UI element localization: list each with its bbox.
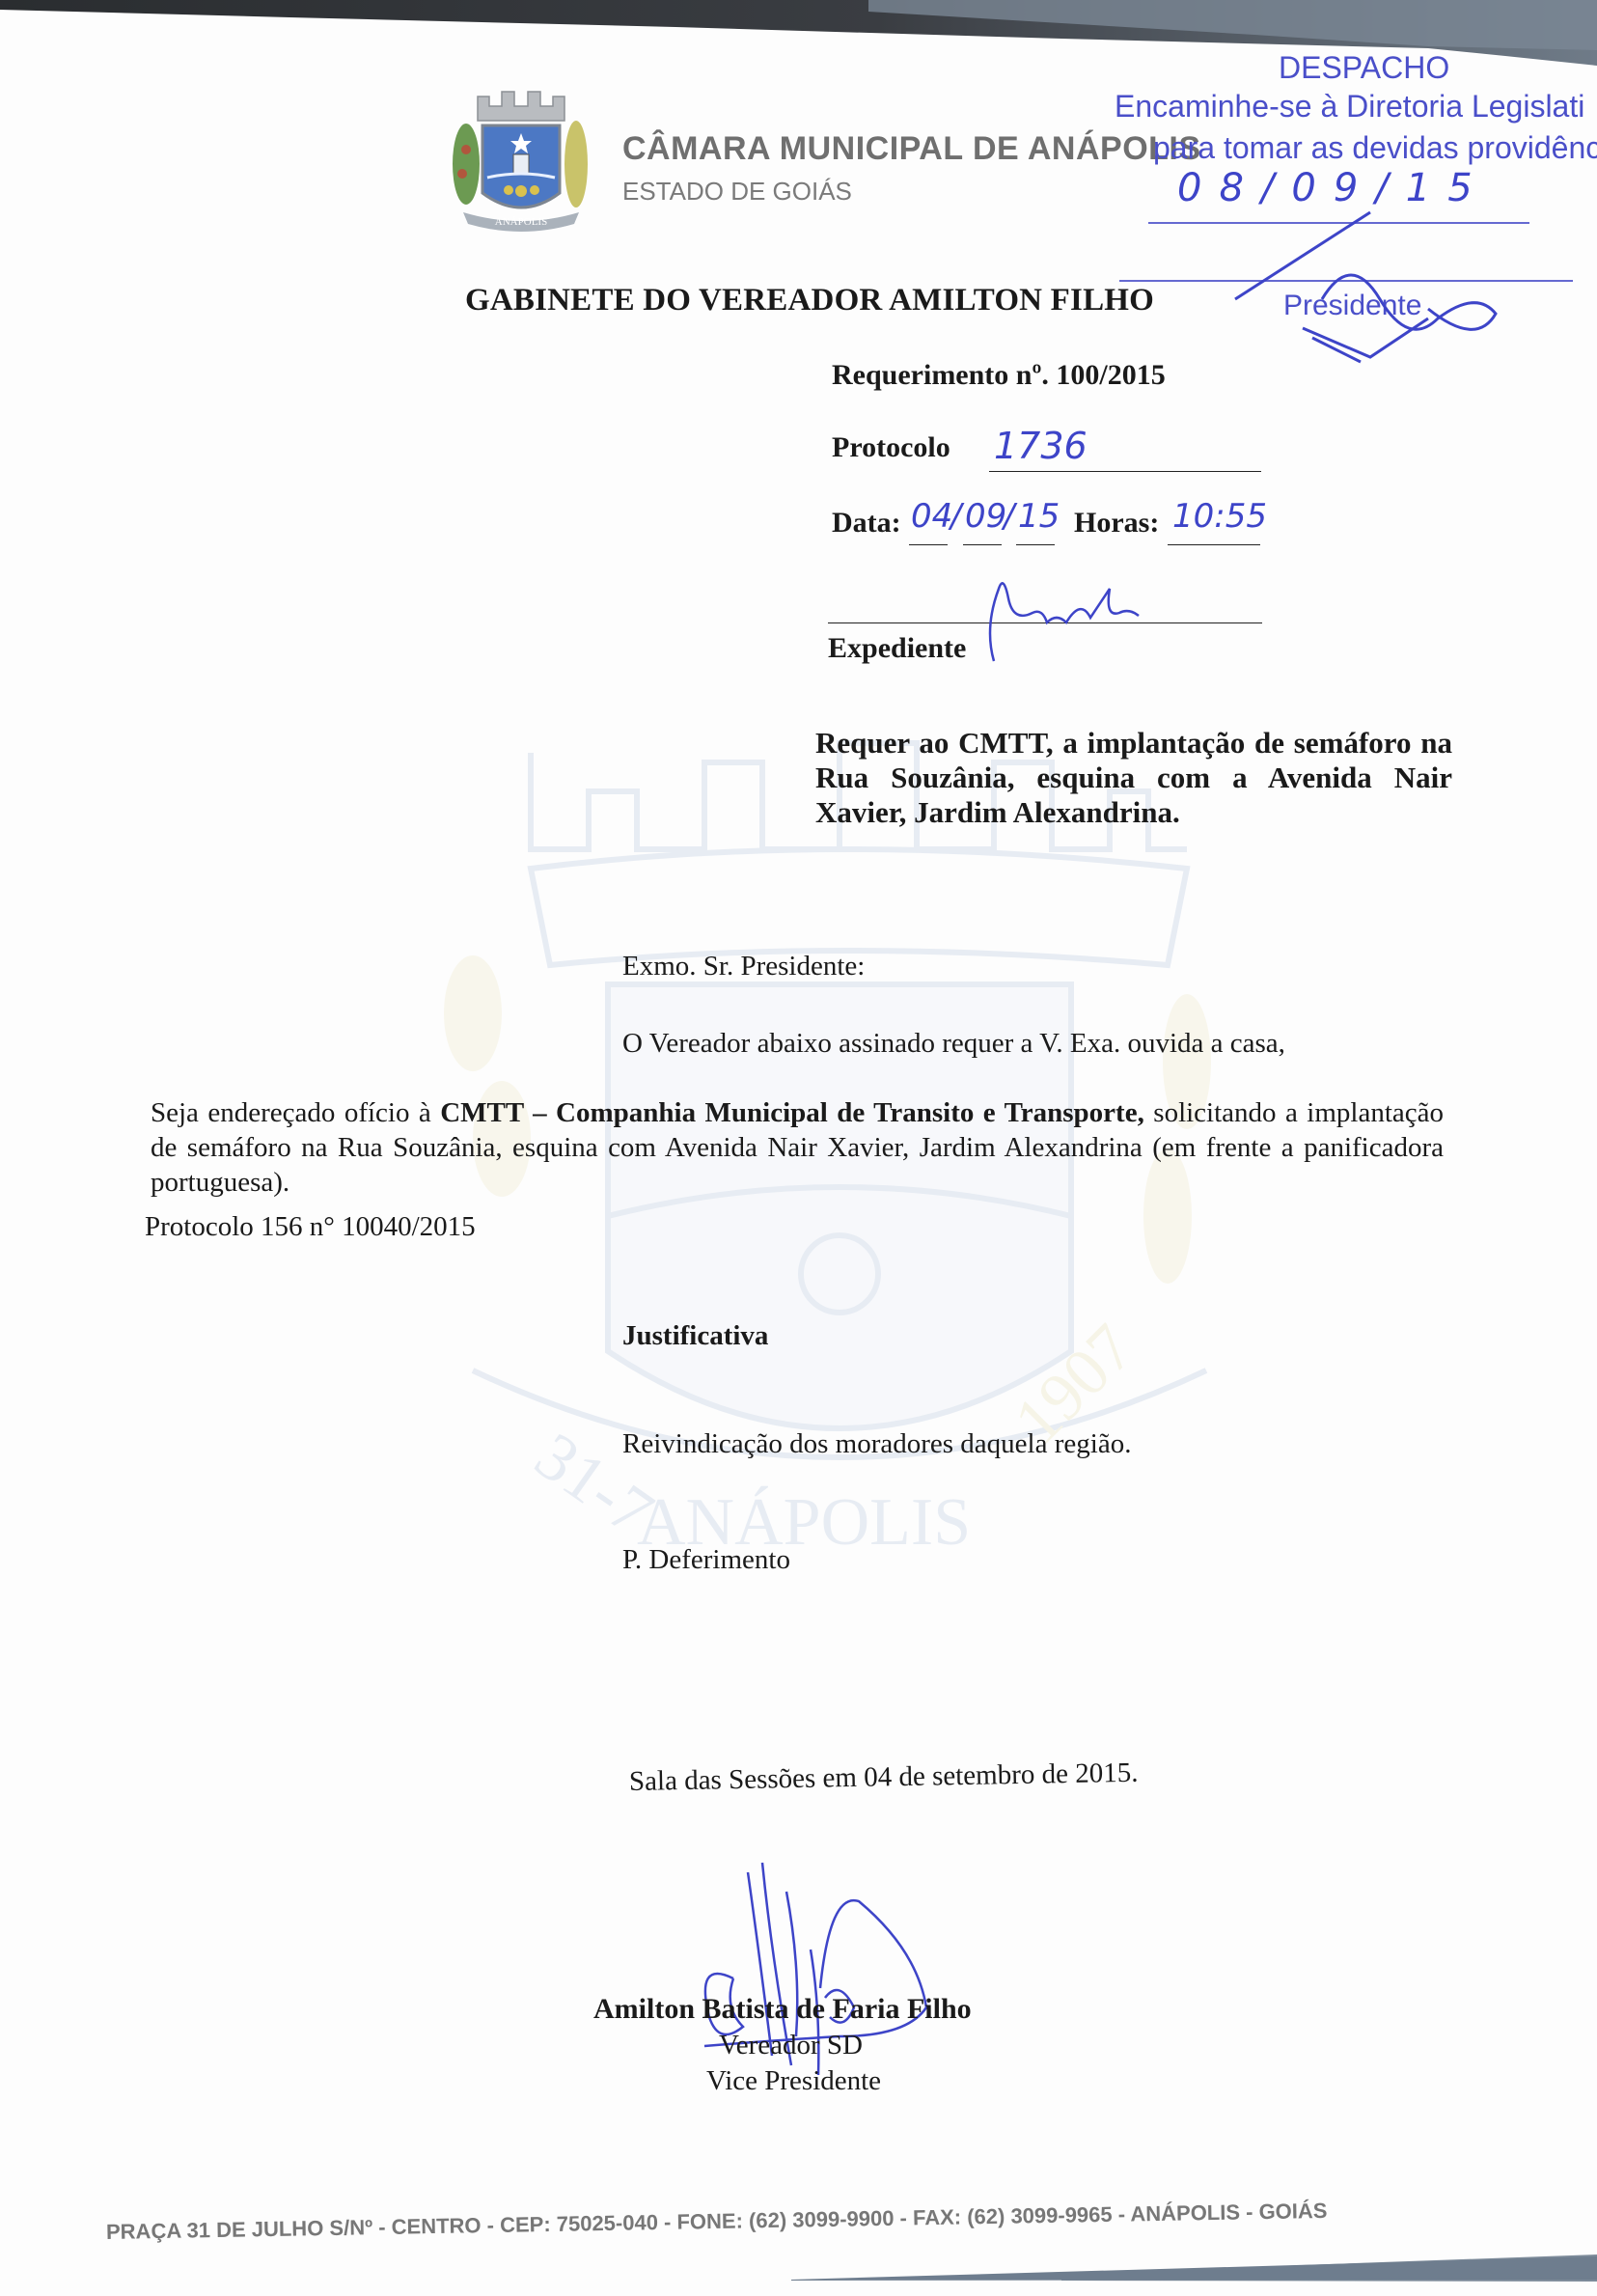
protocolo-underline [989,471,1261,472]
protocol-reference: Protocolo 156 n° 10040/2015 [145,1211,476,1243]
request-summary: Requer ao CMTT, a implantação de semáfor… [815,726,1452,830]
despacho-stamp-line-1: Encaminhe-se à Diretoria Legislati [1115,89,1584,124]
organization-name: CÂMARA MUNICIPAL DE ANÁPOLIS [622,130,1201,168]
organization-state: ESTADO DE GOIÁS [622,177,852,207]
data-day-underline [909,544,948,545]
expediente-signature [975,569,1168,676]
horas-underline [1168,544,1260,545]
scan-shadow-bottom [0,2249,1597,2296]
data-month: 09 [965,497,1006,536]
signatory-role: Vereador SD [719,2030,863,2061]
data-year: 15 [1018,497,1060,536]
data-year-underline [1016,544,1055,545]
justification-title: Justificativa [622,1320,768,1352]
data-label: Data: [832,507,901,539]
protocolo-value: 1736 [994,425,1088,467]
request-prefix: Seja endereçado ofício à [151,1097,440,1128]
despacho-stamp-line-2: para tomar as devidas providência [1153,130,1597,166]
footer-address: PRAÇA 31 DE JULHO S/Nº - CENTRO - CEP: 7… [106,2199,1328,2245]
data-sep-1: / [950,497,961,536]
request-paragraph: Seja endereçado ofício à CMTT – Companhi… [151,1095,1444,1200]
data-month-underline [963,544,1002,545]
city-crest-logo: ANÁPOLIS [439,77,603,241]
svg-text:ANÁPOLIS: ANÁPOLIS [495,216,547,228]
salutation: Exmo. Sr. Presidente: [622,951,865,982]
data-sep-2: / [1004,497,1014,536]
data-day: 04 [911,497,952,536]
signatory-position: Vice Presidente [706,2065,881,2097]
closing: P. Deferimento [622,1544,790,1576]
intro-paragraph: O Vereador abaixo assinado requer a V. E… [622,1028,1285,1060]
cabinet-title: GABINETE DO VEREADOR AMILTON FILHO [465,283,1154,318]
place-date: Sala das Sessões em 04 de setembro de 20… [629,1757,1139,1798]
despacho-stamp-title: DESPACHO [1279,50,1449,86]
request-recipient: CMTT – Companhia Municipal de Transito e… [440,1097,1144,1128]
justification-text: Reivindicação dos moradores daquela regi… [622,1428,1131,1460]
signatory-name: Amilton Batista de Faria Filho [593,1993,972,2026]
horas-value: 10:55 [1172,497,1267,536]
protocolo-label: Protocolo [832,431,950,464]
requerimento-number: Requerimento nº. 100/2015 [832,359,1166,392]
horas-label: Horas: [1074,507,1159,539]
president-signature [1225,193,1515,386]
expediente-label: Expediente [828,632,966,665]
